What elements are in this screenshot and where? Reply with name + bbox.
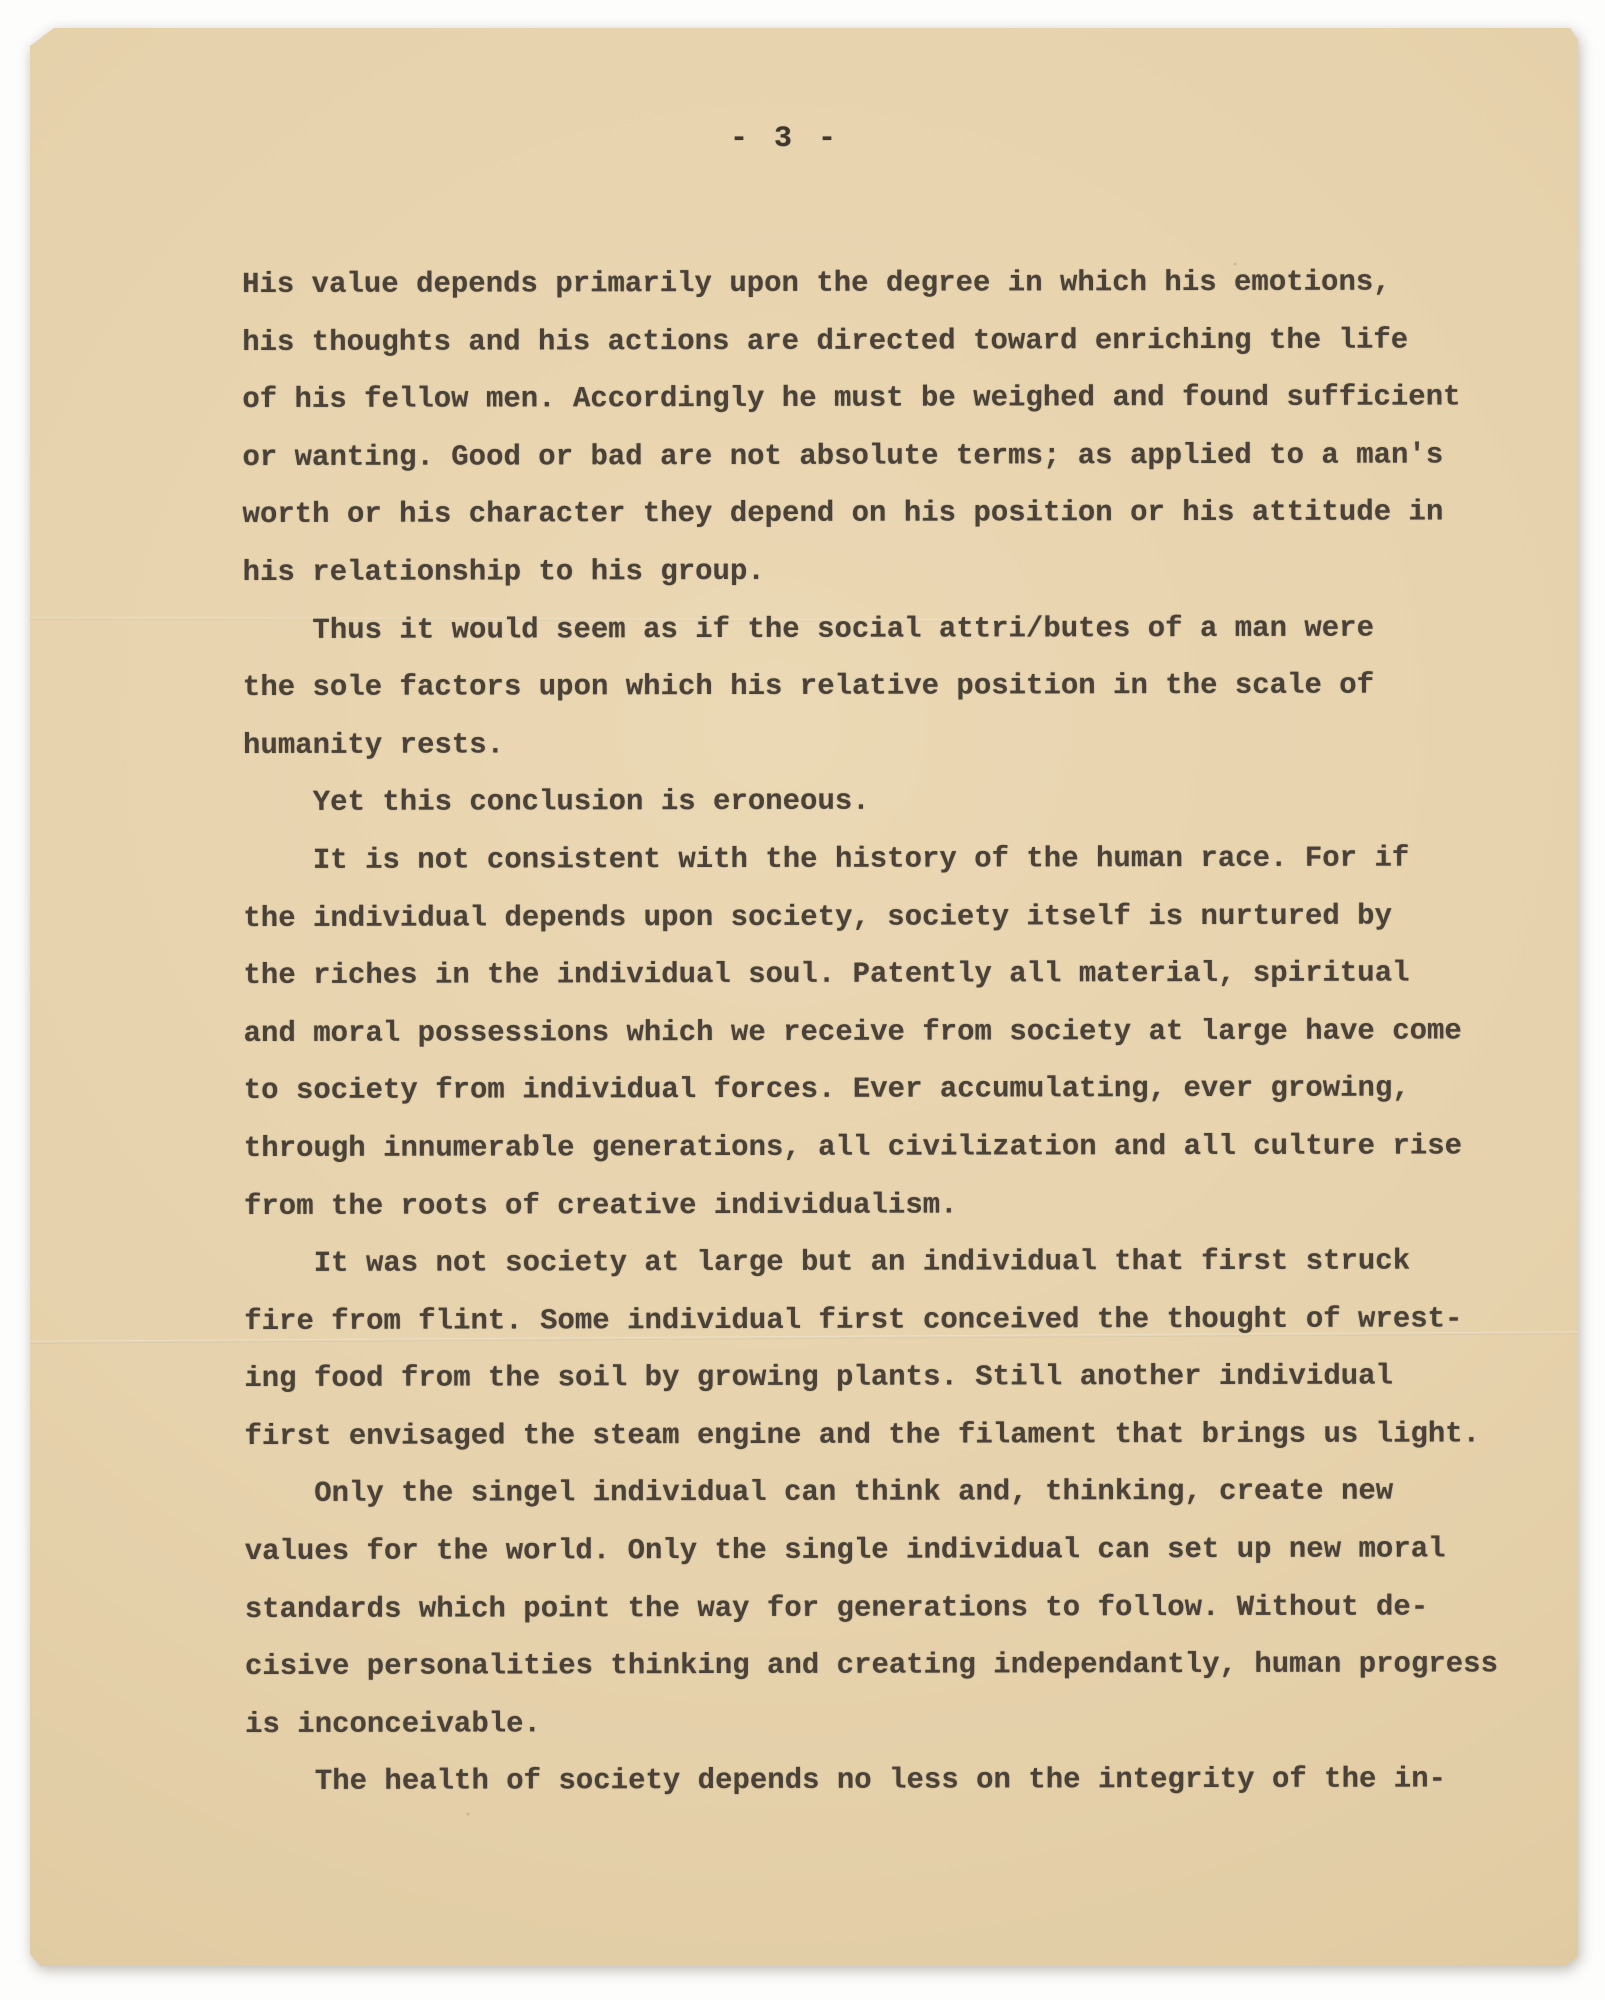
text-line: Only the singel individual can think and… [245, 1463, 1498, 1523]
text-line: and moral possessions which we receive f… [244, 1002, 1497, 1062]
scan-background: - 3 - His value depends primarily upon t… [0, 0, 1605, 2000]
text-line: his relationship to his group. [243, 541, 1496, 601]
text-line: His value depends primarily upon the deg… [242, 253, 1495, 313]
text-line: or wanting. Good or bad are not absolute… [242, 426, 1495, 486]
text-line: Thus it would seem as if the social attr… [243, 599, 1496, 659]
text-line: worth or his character they depend on hi… [242, 484, 1495, 544]
text-line: his thoughts and his actions are directe… [242, 311, 1495, 371]
page-number: - 3 - [11, 122, 1559, 156]
text-line: cisive personalities thinking and creati… [245, 1636, 1498, 1696]
text-line: It was not society at large but an indiv… [244, 1232, 1497, 1292]
text-line: the riches in the individual soul. Paten… [243, 944, 1496, 1004]
text-line: humanity rests. [243, 714, 1496, 774]
paper-sheet: - 3 - His value depends primarily upon t… [30, 28, 1578, 1966]
text-line: The health of society depends no less on… [245, 1751, 1498, 1811]
text-line: It is not consistent with the history of… [243, 829, 1496, 889]
text-line: fire from flint. Some individual first c… [244, 1290, 1497, 1350]
typewritten-text: His value depends primarily upon the deg… [242, 253, 1498, 1811]
text-line: values for the world. Only the single in… [245, 1520, 1498, 1580]
text-line: standards which point the way for genera… [245, 1578, 1498, 1638]
text-line: is inconceivable. [245, 1693, 1498, 1753]
text-line: the sole factors upon which his relative… [243, 657, 1496, 717]
text-line: through innumerable generations, all civ… [244, 1117, 1497, 1177]
text-line: ing food from the soil by growing plants… [244, 1348, 1497, 1408]
text-line: of his fellow men. Accordingly he must b… [242, 369, 1495, 429]
text-line: from the roots of creative individualism… [244, 1175, 1497, 1235]
text-line: the individual depends upon society, soc… [243, 887, 1496, 947]
text-line: to society from individual forces. Ever … [244, 1060, 1497, 1120]
text-line: first envisaged the steam engine and the… [244, 1405, 1497, 1465]
text-line: Yet this conclusion is eroneous. [243, 772, 1496, 832]
